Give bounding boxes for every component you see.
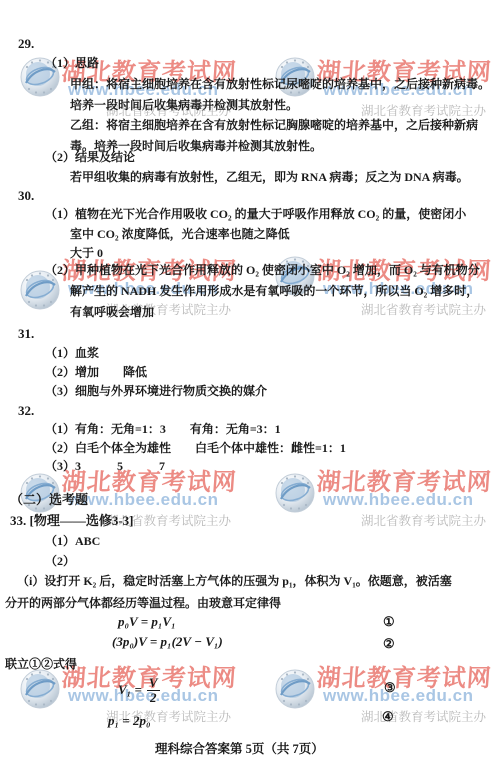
answer-item: （3）细胞与外界环境进行物质交换的媒介	[45, 384, 267, 399]
answer-item: （1）植物在光下光合作用吸收 CO₂ 的量大于呼吸作用释放 CO₂ 的量，使密闭…	[45, 207, 466, 222]
answer-item: （3）3 5 7	[45, 459, 165, 474]
question-number: 30.	[18, 188, 34, 203]
answer-line: 联立①②式得	[5, 657, 77, 672]
answer-item: （1）有角：无角=1：3 有角：无角=3：1	[45, 422, 281, 437]
equation-3-number: ③	[384, 680, 396, 696]
fraction-denominator: 2	[150, 691, 157, 705]
equation-3: V₁ = V 2	[118, 674, 160, 706]
answer-item: （2）甲种植物在光下光合作用释放的 O₂ 使密闭小室中 O₂ 增加，而 O₂ 与…	[45, 263, 480, 278]
watermark-org: 湖北省教育考试院主办	[361, 707, 486, 725]
equation-4: p₁ = 2p₀	[108, 713, 150, 729]
answer-line: 有氧呼吸会增加	[70, 305, 154, 320]
answer-item: （2）白毛个体全为雄性 白毛个体中雄性：雌性=1：1	[45, 441, 346, 456]
answer-line: 乙组：将宿主细胞培养在含有放射性标记胸腺嘧啶的培养基中，之后接种新病	[70, 118, 478, 133]
answer-line: 分开的两部分气体都经历等温过程。由玻意耳定律得	[5, 596, 281, 611]
equation-3-lhs: V₁ =	[118, 682, 142, 698]
question-number: 29.	[18, 36, 34, 51]
watermark-url: www.hbee.edu.cn	[68, 490, 218, 510]
equation-1: p₀V = p₁V₁	[118, 614, 176, 630]
equation-2: (3p₀)V = p₁(2V − V₁)	[112, 634, 223, 650]
question-number: 31.	[18, 326, 34, 341]
answer-line: 甲组：将宿主细胞培养在含有放射性标记尿嘧啶的培养基中，之后接种新病毒。	[70, 77, 490, 92]
answer-line: 大于 0	[70, 246, 103, 261]
answer-item: （2）结果及结论	[45, 150, 135, 165]
watermark-url: www.hbee.edu.cn	[323, 490, 473, 510]
section-heading: （二）选考题	[10, 492, 88, 507]
watermark-url: www.hbee.edu.cn	[323, 686, 473, 706]
answer-line: 室中 CO₂ 浓度降低，光合速率也随之降低	[70, 227, 290, 242]
watermark-org: 湖北省教育考试院主办	[361, 511, 486, 529]
equation-1-number: ①	[383, 614, 395, 630]
answer-line: 解产生的 NADH 发生作用形成水是有氧呼吸的一个环节，所以当 O₂ 增多时，	[70, 284, 478, 299]
answer-item: （2）	[45, 554, 75, 569]
fraction-numerator: V	[147, 676, 160, 691]
question-number: 32.	[18, 403, 34, 418]
page-footer: 理科综合答案第 5页（共 7页）	[155, 739, 324, 757]
globe-logo-icon	[20, 669, 60, 709]
watermark-org: 湖北省教育考试院主办	[361, 300, 486, 318]
fraction: V 2	[147, 676, 160, 705]
question-number: 33. [物理——选修3-3]	[10, 513, 134, 528]
answer-item: （1）血浆	[45, 346, 99, 361]
watermark-org: 湖北省教育考试院主办	[361, 101, 486, 119]
watermark-group: 湖北教育考试网 www.hbee.edu.cn 湖北省教育考试院主办	[275, 467, 500, 529]
answer-item: （1）ABC	[45, 534, 100, 549]
answer-line: 培养一段时间后收集病毒并检测其放射性。	[70, 98, 298, 113]
answer-line: （i）设打开 K₂ 后，稳定时活塞上方气体的压强为 p₁，体积为 V₁。依题意，…	[17, 574, 452, 589]
answer-item: （1）思路	[45, 56, 99, 71]
scanned-answer-page: 湖北教育考试网 www.hbee.edu.cn 湖北省教育考试院主办 湖北教育考…	[0, 0, 500, 778]
equation-4-number: ④	[382, 709, 394, 725]
answer-item: （2）增加 降低	[45, 365, 147, 380]
equation-2-number: ②	[383, 636, 395, 652]
globe-logo-icon	[275, 473, 315, 513]
answer-line: 若甲组收集的病毒有放射性，乙组无，即为 RNA 病毒；反之为 DNA 病毒。	[70, 170, 469, 185]
globe-logo-icon	[275, 669, 315, 709]
